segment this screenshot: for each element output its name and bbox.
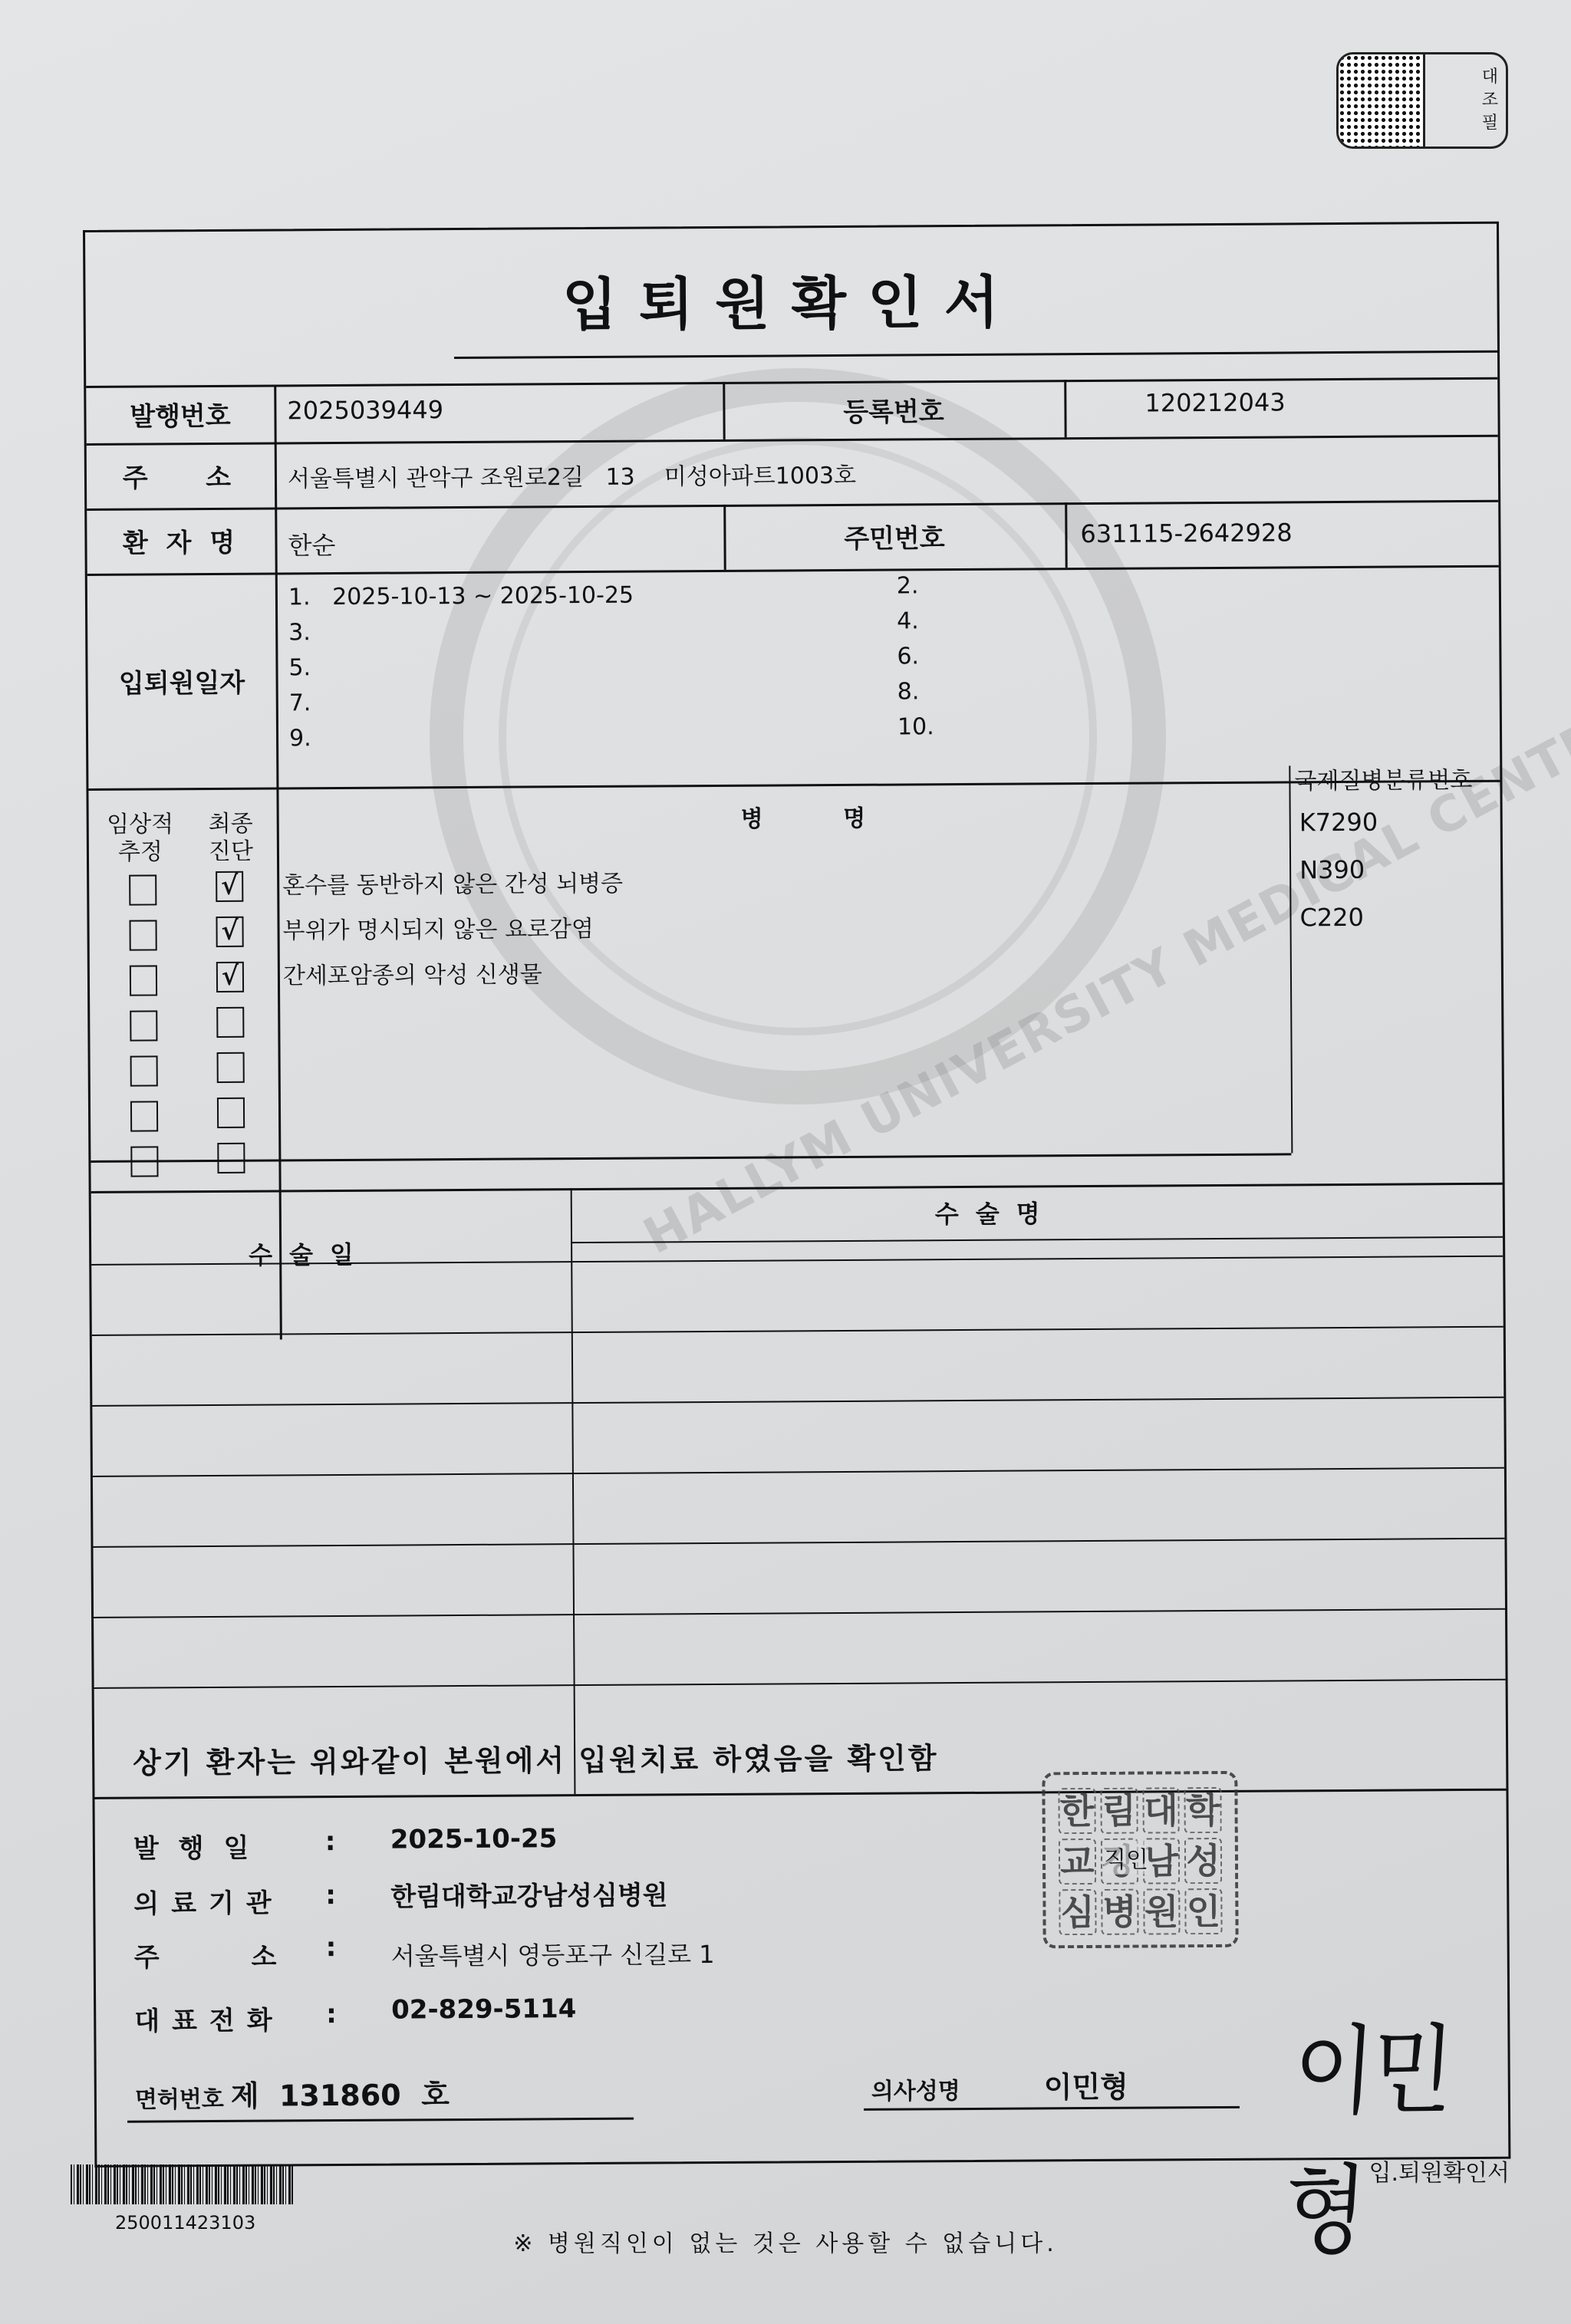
reg-no-label: 등록번호 xyxy=(723,380,1064,439)
surgery-row-divider xyxy=(92,1397,1503,1407)
icd-code: C220 xyxy=(1299,903,1364,933)
clinical-estimate-header: 임상적 추정 xyxy=(98,811,183,867)
divider xyxy=(1065,502,1068,568)
admission-item: 10. xyxy=(897,709,934,745)
license-label: 면허번호 xyxy=(135,2080,224,2115)
icd-code: N390 xyxy=(1299,855,1365,885)
colon: : xyxy=(326,1932,337,1963)
clinical-estimate-checkbox[interactable] xyxy=(130,1101,158,1131)
surgery-row-divider xyxy=(94,1679,1506,1689)
issuer-address-value: 서울특별시 영등포구 신길로 1 xyxy=(391,1935,715,1973)
confirmation-statement: 상기 환자는 위와같이 본원에서 입원치료 하였음을 확인함 xyxy=(133,1734,939,1781)
issue-no-label: 발행번호 xyxy=(86,384,274,443)
icd-column-border xyxy=(1289,765,1293,1153)
admission-item: 7. xyxy=(289,684,634,722)
admission-right-list: 2. 4. 6. 8. 10. xyxy=(897,568,934,745)
admission-item: 9. xyxy=(289,719,634,757)
clinical-estimate-checkbox[interactable] xyxy=(130,965,157,996)
certificate-form: 입퇴원확인서 발행번호 2025039449 등록번호 120212043 주 … xyxy=(83,222,1510,2168)
doctor-underline xyxy=(864,2106,1240,2111)
surgery-column-border xyxy=(571,1188,576,1794)
issue-date-value: 2025-10-25 xyxy=(390,1823,558,1855)
form-name: 입.퇴원확인서 xyxy=(1369,2154,1510,2187)
final-diagnosis-checkbox[interactable] xyxy=(217,1052,245,1083)
label-column-border xyxy=(274,384,282,1339)
colon: : xyxy=(325,1826,336,1857)
surgery-date-header: 수술일 xyxy=(249,1236,371,1272)
final-diagnosis-checkbox[interactable]: √ xyxy=(216,962,244,992)
clinical-estimate-checkbox[interactable] xyxy=(129,874,156,905)
phone-value: 02-829-5114 xyxy=(391,1993,576,2025)
issue-no-value: 2025039449 xyxy=(287,395,443,425)
admission-item: 5. xyxy=(288,649,634,686)
final-diagnosis-header: 최종 진단 xyxy=(196,811,265,867)
clinical-estimate-checkbox[interactable] xyxy=(130,1010,157,1041)
reg-no-value: 120212043 xyxy=(1144,387,1285,417)
final-diagnosis-checkbox[interactable] xyxy=(217,1098,245,1128)
surgery-row-divider xyxy=(92,1326,1503,1336)
colon: : xyxy=(325,1880,336,1911)
admission-item: 8. xyxy=(897,674,934,709)
divider xyxy=(91,1183,1503,1193)
address-label: 주 소 xyxy=(87,442,275,508)
final-diagnosis-checkbox[interactable]: √ xyxy=(216,917,243,947)
divider xyxy=(94,1789,1506,1799)
admission-left-list: 1. 2025-10-13 ~ 2025-10-25 3. 5. 7. 9. xyxy=(288,578,635,757)
final-diagnosis-checkbox[interactable] xyxy=(217,1143,245,1174)
doctor-label: 의사성명 xyxy=(871,2072,960,2106)
seal-notice: ※ 병원직인이 없는 것은 사용할 수 없습니다. xyxy=(0,2224,1571,2258)
title-underline xyxy=(454,351,1497,359)
final-diagnosis-checkbox[interactable] xyxy=(216,1007,244,1038)
diagnosis-name: 간세포암종의 악성 신생물 xyxy=(283,955,542,990)
official-seal-mark: 직인 xyxy=(1104,1841,1148,1875)
colon: : xyxy=(326,1999,337,2029)
divider xyxy=(91,1153,1291,1163)
icd-code: K7290 xyxy=(1299,808,1378,838)
surgery-name-header: 수술명 xyxy=(935,1194,1057,1230)
surgery-row-divider xyxy=(93,1538,1504,1548)
patient-name-value: 한순 xyxy=(288,526,335,561)
clinical-estimate-checkbox[interactable] xyxy=(130,1055,158,1086)
admission-item: 2. xyxy=(897,568,934,604)
issue-date-label: 발행일 xyxy=(133,1827,269,1865)
barcode xyxy=(71,2164,293,2204)
surgery-row-divider xyxy=(94,1608,1505,1618)
address-value: 서울특별시 관악구 조원로2길 13 미성아파트1003호 xyxy=(288,456,856,494)
admission-item: 1. 2025-10-13 ~ 2025-10-25 xyxy=(288,578,634,616)
institution-value: 한림대학교강남성심병원 xyxy=(390,1874,668,1913)
institution-label: 의료기관 xyxy=(133,1881,284,1920)
admission-label: 입퇴원일자 xyxy=(87,572,277,788)
diagnosis-name: 부위가 명시되지 않은 요로감염 xyxy=(282,910,594,945)
patient-name-label: 환 자 명 xyxy=(87,507,275,573)
license-underline xyxy=(127,2118,634,2123)
halftone-pattern xyxy=(1339,54,1425,146)
admission-item: 3. xyxy=(288,614,634,651)
rrn-value: 631115-2642928 xyxy=(1080,518,1292,548)
doctor-name: 이민형 xyxy=(1044,2063,1128,2106)
admission-item: 6. xyxy=(897,639,934,674)
final-diagnosis-checkbox[interactable]: √ xyxy=(216,871,243,902)
phone-label: 대표전화 xyxy=(134,1999,285,2037)
document-title: 입퇴원확인서 xyxy=(85,255,1497,344)
icd-header: 국제질병분류번호 xyxy=(1294,761,1472,795)
rrn-label: 주민번호 xyxy=(723,502,1065,570)
license-value: 제 131860 호 xyxy=(231,2071,450,2115)
divider xyxy=(571,1236,1503,1243)
copy-badge: 대 조 필 xyxy=(1336,52,1508,149)
surgery-row-divider xyxy=(93,1467,1504,1477)
clinical-estimate-checkbox[interactable] xyxy=(129,920,156,950)
copy-badge-label: 대 조 필 xyxy=(1425,54,1506,146)
clinical-estimate-checkbox[interactable] xyxy=(130,1146,158,1177)
admission-item: 4. xyxy=(897,604,934,639)
diagnosis-name: 혼수를 동반하지 않은 간성 뇌병증 xyxy=(282,864,623,900)
divider xyxy=(1064,380,1066,437)
diagnosis-name-header: 병 명 xyxy=(741,799,866,834)
